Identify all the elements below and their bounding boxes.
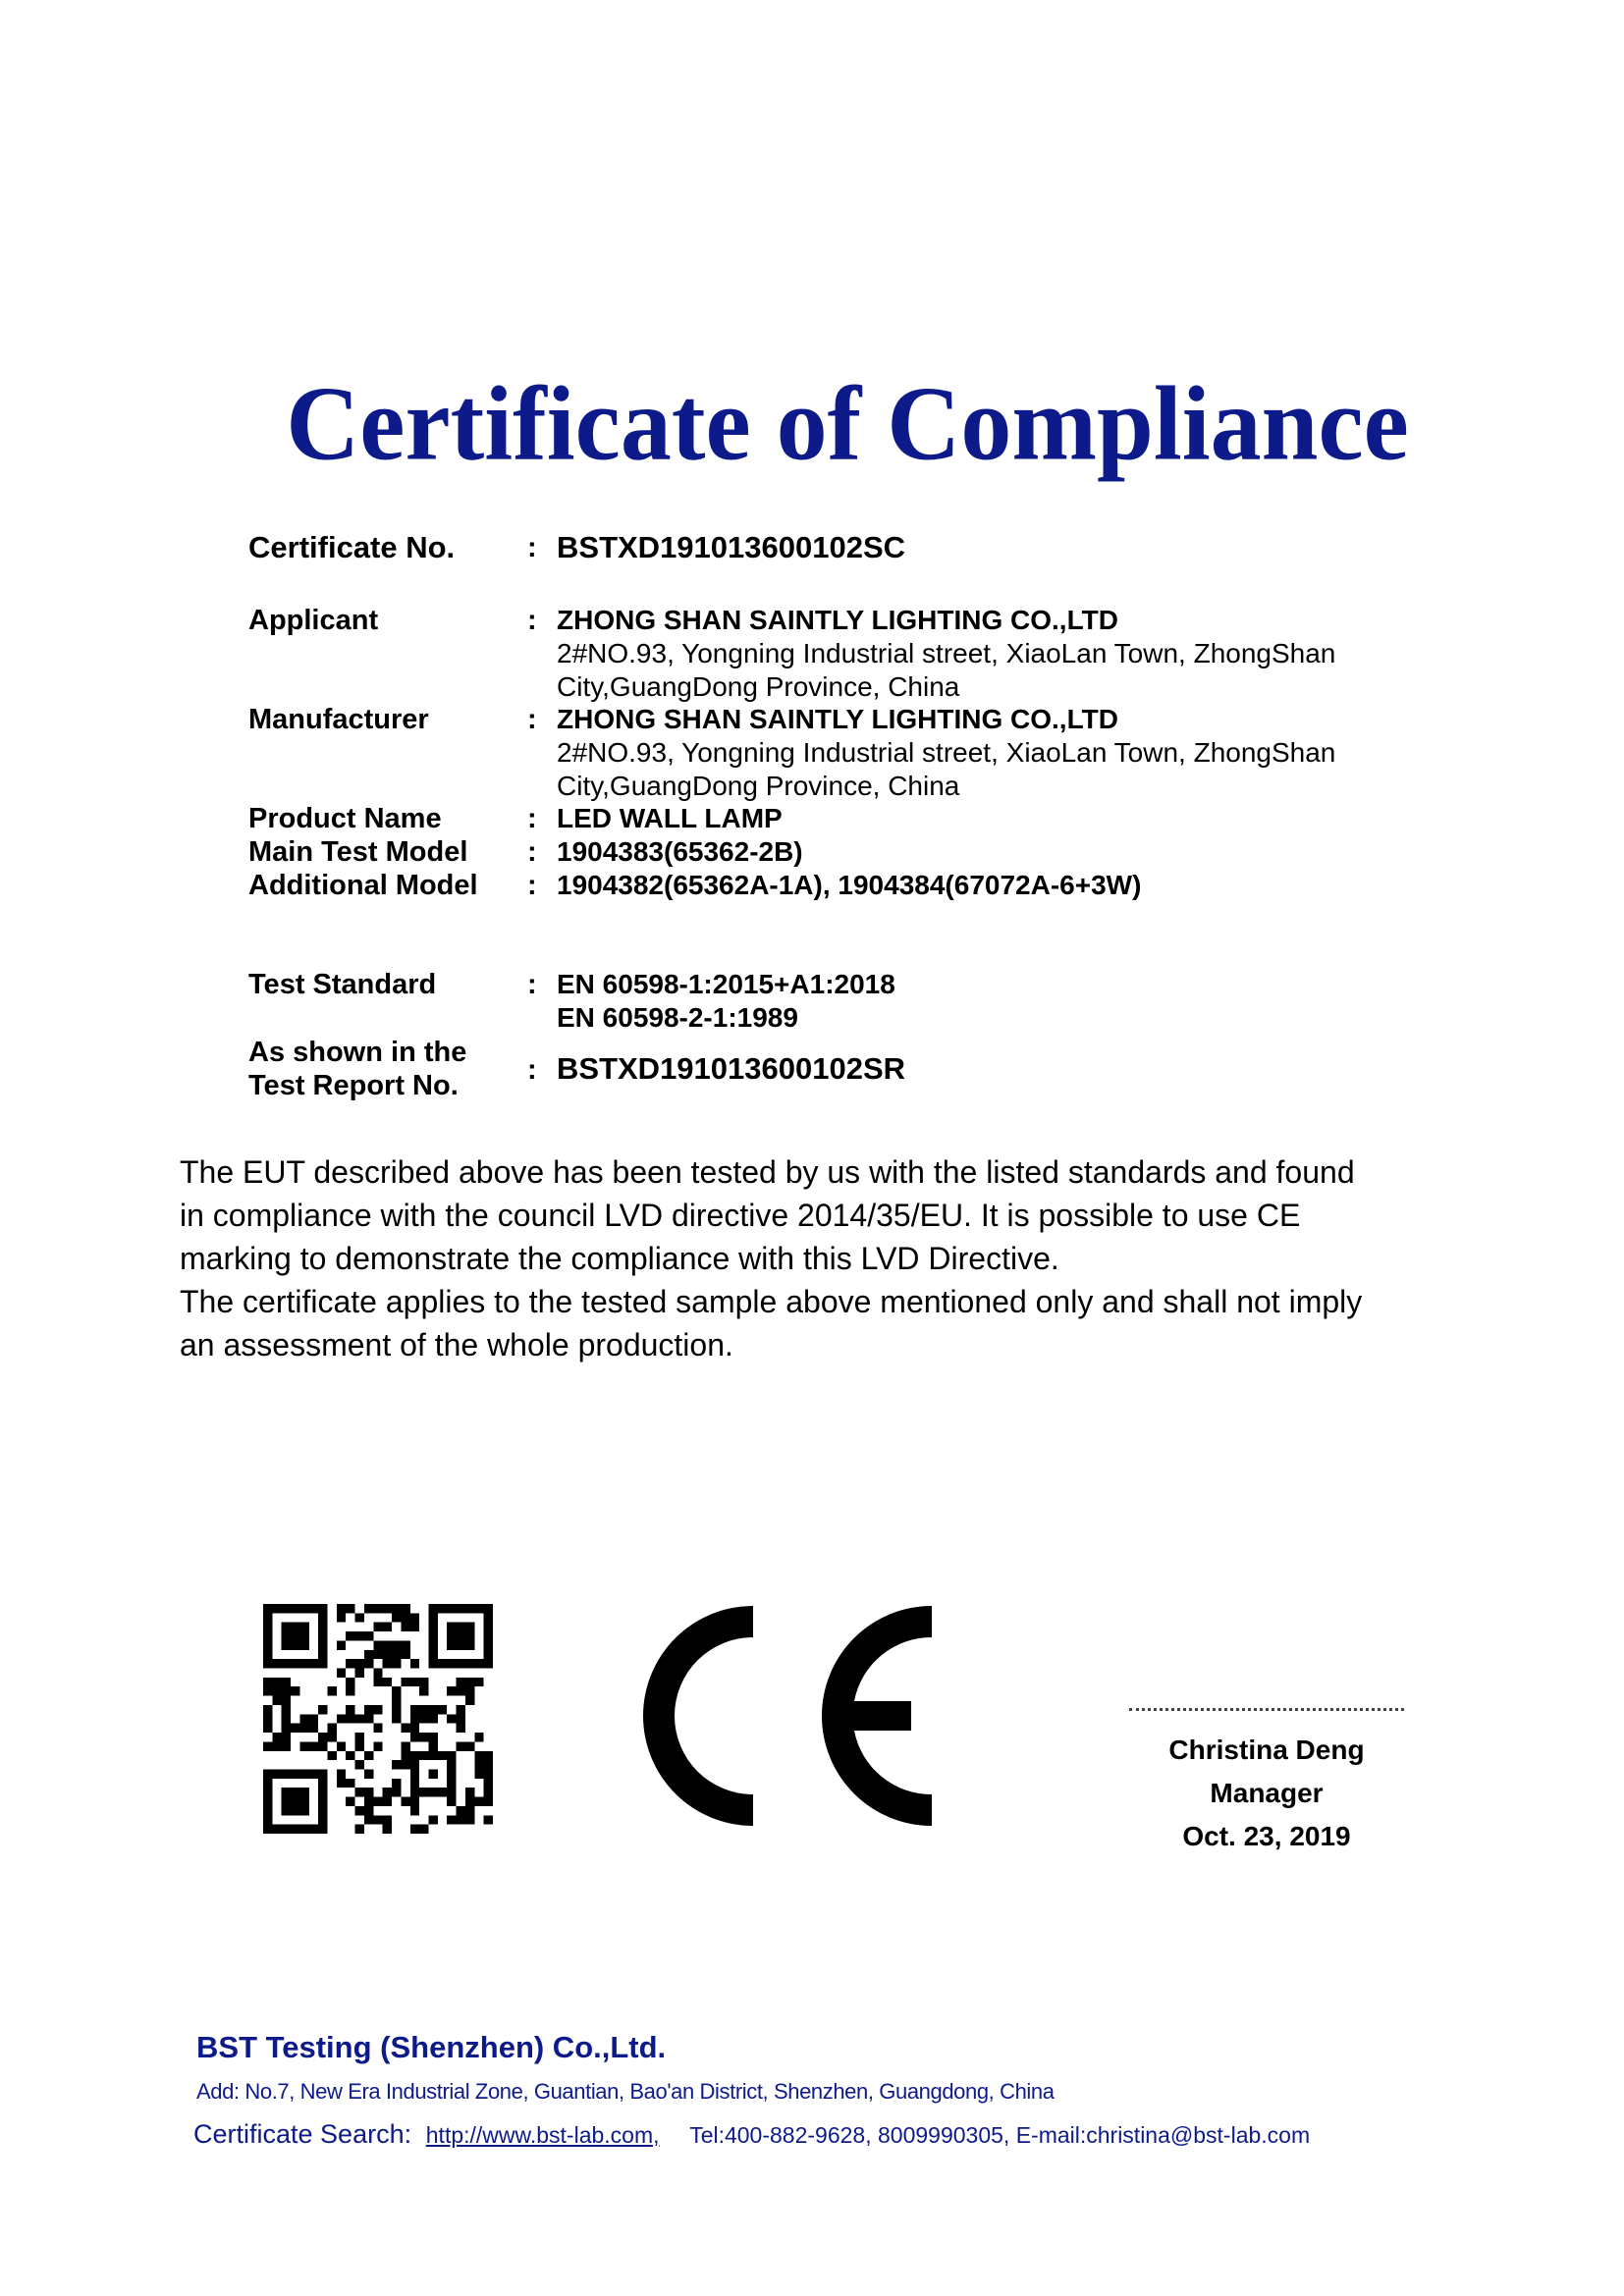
statement-line: an assessment of the whole production.: [180, 1323, 1456, 1366]
statement-line: marking to demonstrate the compliance wi…: [180, 1237, 1456, 1280]
compliance-statement: The EUT described above has been tested …: [180, 1150, 1456, 1366]
statement-line: The certificate applies to the tested sa…: [180, 1280, 1456, 1323]
applicant-address-line: City,GuangDong Province, China: [557, 670, 1335, 704]
footer-company-name: BST Testing (Shenzhen) Co.,Ltd.: [196, 2030, 666, 2065]
certificate-search-label: Certificate Search:: [193, 2119, 411, 2149]
test-standard-label: Test Standard: [248, 968, 436, 1001]
manufacturer-value: ZHONG SHAN SAINTLY LIGHTING CO.,LTD 2#NO…: [557, 703, 1335, 803]
certificate-no-label: Certificate No.: [248, 531, 455, 564]
applicant-address-line: 2#NO.93, Yongning Industrial street, Xia…: [557, 637, 1335, 670]
signature-line: [1129, 1708, 1404, 1711]
separator: :: [527, 869, 537, 902]
certificate-search-link[interactable]: http://www.bst-lab.com,: [426, 2122, 660, 2148]
certificate-title: Certificate of Compliance: [0, 363, 1624, 485]
applicant-label: Applicant: [248, 604, 378, 637]
product-name-label: Product Name: [248, 802, 442, 835]
main-test-model-label: Main Test Model: [248, 835, 467, 869]
test-standard-values: EN 60598-1:2015+A1:2018 EN 60598-2-1:198…: [557, 968, 895, 1035]
test-standard-value: EN 60598-1:2015+A1:2018: [557, 968, 895, 1001]
applicant-value: ZHONG SHAN SAINTLY LIGHTING CO.,LTD 2#NO…: [557, 604, 1335, 704]
test-report-label: As shown in the Test Report No.: [248, 1036, 466, 1102]
separator: :: [527, 802, 537, 835]
additional-model-label: Additional Model: [248, 869, 478, 902]
separator: :: [527, 1053, 537, 1087]
additional-model-value: 1904382(65362A-1A), 1904384(67072A-6+3W): [557, 869, 1141, 902]
manufacturer-name: ZHONG SHAN SAINTLY LIGHTING CO.,LTD: [557, 703, 1335, 736]
separator: :: [527, 531, 537, 564]
footer-contact: Tel:400-882-9628, 8009990305, E-mail:chr…: [689, 2122, 1310, 2148]
test-report-value: BSTXD191013600102SR: [557, 1052, 905, 1086]
qr-code-icon: [263, 1604, 493, 1834]
separator: :: [527, 604, 537, 637]
footer-search-line: Certificate Search: http://www.bst-lab.c…: [193, 2119, 1310, 2150]
separator: :: [527, 968, 537, 1001]
test-standard-value: EN 60598-2-1:1989: [557, 1001, 895, 1035]
separator: :: [527, 703, 537, 736]
test-report-label-line: Test Report No.: [248, 1069, 466, 1102]
product-name-value: LED WALL LAMP: [557, 802, 783, 835]
signature-block: Christina Deng Manager Oct. 23, 2019: [1119, 1708, 1414, 1858]
statement-line: in compliance with the council LVD direc…: [180, 1194, 1456, 1237]
statement-line: The EUT described above has been tested …: [180, 1150, 1456, 1194]
signature-date: Oct. 23, 2019: [1119, 1815, 1414, 1858]
applicant-name: ZHONG SHAN SAINTLY LIGHTING CO.,LTD: [557, 604, 1335, 637]
manufacturer-address-line: City,GuangDong Province, China: [557, 770, 1335, 803]
footer-address: Add: No.7, New Era Industrial Zone, Guan…: [196, 2079, 1055, 2105]
certificate-no-value: BSTXD191013600102SC: [557, 531, 905, 564]
signatory-title: Manager: [1119, 1772, 1414, 1815]
manufacturer-label: Manufacturer: [248, 703, 429, 736]
main-test-model-value: 1904383(65362-2B): [557, 835, 803, 869]
ce-mark-icon: [638, 1606, 945, 1826]
test-report-label-line: As shown in the: [248, 1036, 466, 1069]
manufacturer-address-line: 2#NO.93, Yongning Industrial street, Xia…: [557, 736, 1335, 770]
separator: :: [527, 835, 537, 869]
signatory-name: Christina Deng: [1119, 1729, 1414, 1772]
